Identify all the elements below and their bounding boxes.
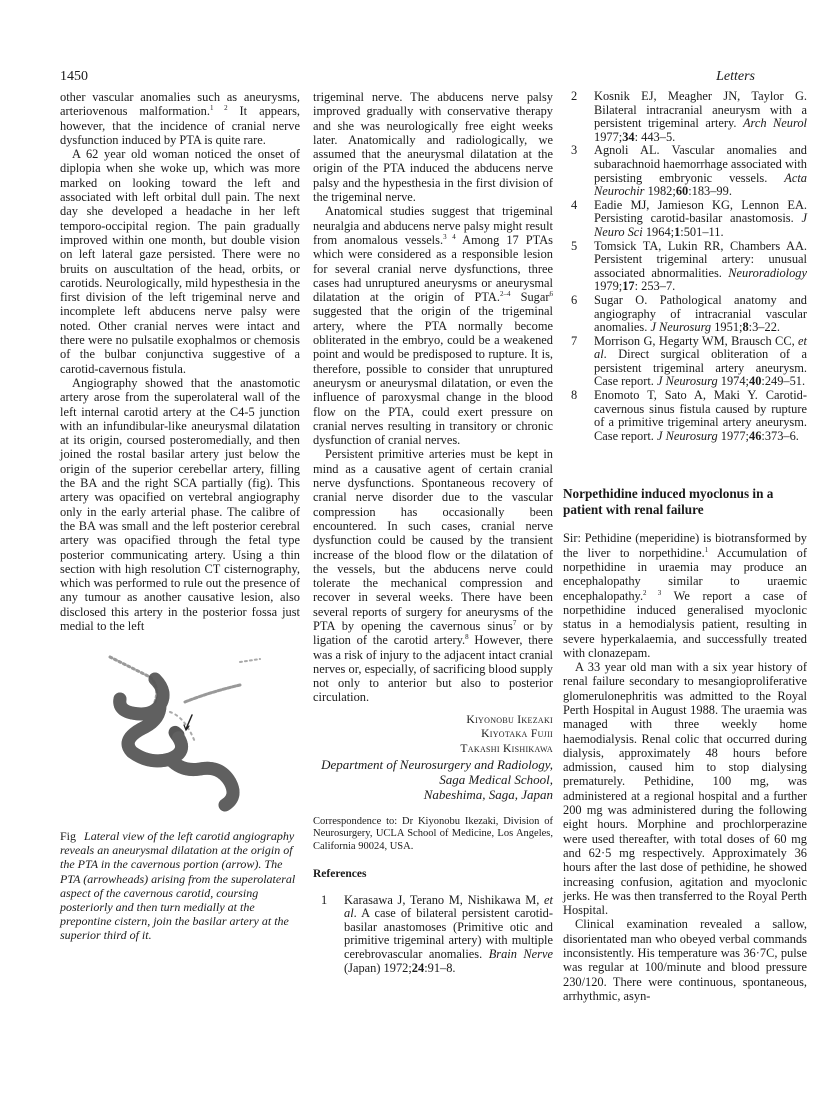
angiography-figure	[60, 647, 300, 827]
paragraph: Persistent primitive arteries must be ke…	[313, 447, 553, 704]
reference-item: 6Sugar O. Pathological anatomy and angio…	[563, 294, 807, 335]
citation: 1 2	[210, 104, 228, 112]
figure-caption: FigLateral view of the left carotid angi…	[60, 829, 300, 942]
column-2: trigeminal nerve. The abducens nerve pal…	[313, 90, 553, 975]
reference-item: 5Tomsick TA, Lukin RR, Chambers AA. Pers…	[563, 240, 807, 294]
article-title: Norpethidine induced myoclonus in a pati…	[563, 486, 807, 517]
citation: 3 4	[443, 233, 456, 241]
reference-item: 2Kosnik EJ, Meagher JN, Taylor G. Bilate…	[563, 90, 807, 144]
paragraph: Clinical examination revealed a sallow, …	[563, 917, 807, 1003]
references-heading: References	[313, 867, 553, 881]
paragraph: Sir: Pethidine (meperidine) is biotransf…	[563, 531, 807, 660]
author-list: Kiyonobu Ikezaki Kiyotaka Fujii Takashi …	[313, 713, 553, 757]
page-number: 1450	[60, 69, 88, 85]
reference-item: 3Agnoli AL. Vascular anomalies and subar…	[563, 144, 807, 198]
angiogram-image	[60, 647, 300, 827]
author-name: Takashi Kishikawa	[313, 742, 553, 757]
column-3: 2Kosnik EJ, Meagher JN, Taylor G. Bilate…	[563, 90, 807, 1003]
citation: 2–4	[500, 290, 511, 298]
paragraph: A 62 year old woman noticed the onset of…	[60, 147, 300, 376]
author-name: Kiyonobu Ikezaki	[313, 713, 553, 728]
author-name: Kiyotaka Fujii	[313, 727, 553, 742]
paragraph: Angiography showed that the anastomotic …	[60, 376, 300, 633]
section-label: Letters	[716, 69, 755, 85]
figure-label: Fig	[60, 829, 76, 843]
correspondence-note: Correspondence to: Dr Kiyonobu Ikezaki, …	[313, 816, 553, 854]
reference-item: 8Enomoto T, Sato A, Maki Y. Carotid-cave…	[563, 389, 807, 443]
reference-list: 2Kosnik EJ, Meagher JN, Taylor G. Bilate…	[563, 90, 807, 443]
column-1: other vascular anomalies such as aneurys…	[60, 90, 300, 942]
reference-item: 4Eadie MJ, Jamieson KG, Lennon EA. Persi…	[563, 199, 807, 240]
paragraph: other vascular anomalies such as aneurys…	[60, 90, 300, 147]
citation: 6	[550, 290, 554, 298]
reference-item: 7Morrison G, Hegarty WM, Brausch CC, et …	[563, 335, 807, 389]
paragraph: A 33 year old man with a six year histor…	[563, 660, 807, 917]
affiliation: Department of Neurosurgery and Radiology…	[313, 757, 553, 802]
paragraph: Anatomical studies suggest that trigemin…	[313, 204, 553, 447]
citation: 2 3	[643, 589, 661, 597]
paragraph: trigeminal nerve. The abducens nerve pal…	[313, 90, 553, 204]
reference-item: 1Karasawa J, Terano M, Nishikawa M, et a…	[313, 894, 553, 976]
